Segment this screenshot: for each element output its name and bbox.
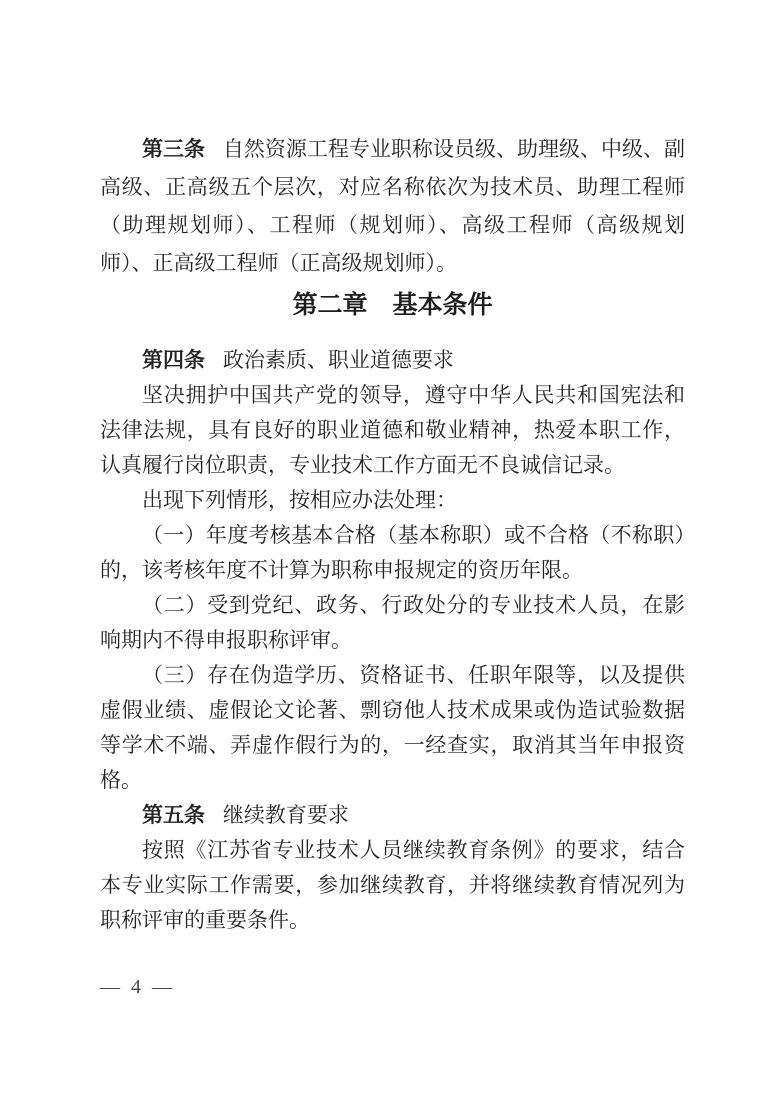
page-body: 第三条自然资源工程专业职称设员级、助理级、中级、副高级、正高级五个层次，对应名称… xyxy=(0,0,777,938)
paragraph-text: 出现下列情形，按相应办法处理： xyxy=(142,488,457,512)
document-page: 第三条自然资源工程专业职称设员级、助理级、中级、副高级、正高级五个层次，对应名称… xyxy=(0,0,777,1097)
paragraph-text: （二）受到党纪、政务、行政处分的专业技术人员，在影响期内不得申报职称评审。 xyxy=(100,593,685,652)
paragraph-text: （三）存在伪造学历、资格证书、任职年限等，以及提供虚假业绩、虚假论文论著、剽窃他… xyxy=(100,663,685,792)
paragraph: 出现下列情形，按相应办法处理： xyxy=(100,483,685,518)
paragraph-text: 按照《江苏省专业技术人员继续教育条例》的要求，结合本专业实际工作需要，参加继续教… xyxy=(100,838,685,932)
list-item-1-paragraph: （一）年度考核基本合格（基本称职）或不合格（不称职）的，该考核年度不计算为职称申… xyxy=(100,518,685,588)
article-3-paragraph: 第三条自然资源工程专业职称设员级、助理级、中级、副高级、正高级五个层次，对应名称… xyxy=(100,130,685,282)
paragraph-text: （一）年度考核基本合格（基本称职）或不合格（不称职）的，该考核年度不计算为职称申… xyxy=(100,523,685,582)
article-3-label: 第三条 xyxy=(142,137,205,161)
article-4-title-text: 政治素质、职业道德要求 xyxy=(223,348,454,372)
article-4-title-paragraph: 第四条政治素质、职业道德要求 xyxy=(100,343,685,378)
page-number: — 4 — xyxy=(100,976,175,999)
list-item-2-paragraph: （二）受到党纪、政务、行政处分的专业技术人员，在影响期内不得申报职称评审。 xyxy=(100,588,685,658)
article-5-label: 第五条 xyxy=(142,803,205,827)
paragraph: 按照《江苏省专业技术人员继续教育条例》的要求，结合本专业实际工作需要，参加继续教… xyxy=(100,833,685,938)
article-5-title-paragraph: 第五条继续教育要求 xyxy=(100,798,685,833)
chapter-heading: 第二章 基本条件 xyxy=(100,288,685,324)
article-5-title-text: 继续教育要求 xyxy=(223,803,349,827)
list-item-3-paragraph: （三）存在伪造学历、资格证书、任职年限等，以及提供虚假业绩、虚假论文论著、剽窃他… xyxy=(100,658,685,798)
paragraph-text: 坚决拥护中国共产党的领导，遵守中华人民共和国宪法和法律法规，具有良好的职业道德和… xyxy=(100,383,685,477)
paragraph: 坚决拥护中国共产党的领导，遵守中华人民共和国宪法和法律法规，具有良好的职业道德和… xyxy=(100,378,685,483)
article-4-label: 第四条 xyxy=(142,348,205,372)
